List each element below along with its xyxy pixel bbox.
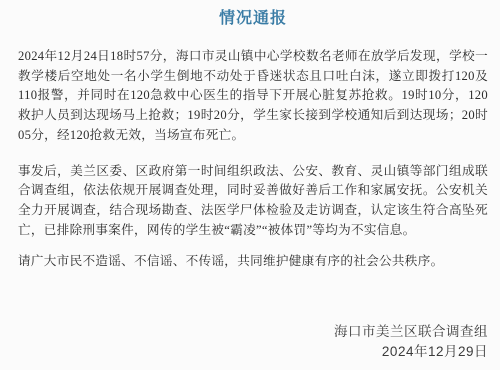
notice-paragraph-incident: 2024年12月24日18时57分，海口市灵山镇中心学校数名老师在放学后发现，学…	[18, 47, 488, 146]
signature-issuer: 海口市美兰区联合调查组	[18, 322, 488, 342]
notice-paragraph-appeal: 请广大市民不造谣、不信谣、不传谣，共同维护健康有序的社会公共秩序。	[18, 252, 488, 272]
notice-document: 情况通报 2024年12月24日18时57分，海口市灵山镇中心学校数名老师在放学…	[0, 0, 500, 370]
notice-title: 情况通报	[18, 0, 488, 28]
notice-paragraph-investigation: 事发后，美兰区委、区政府第一时间组织政法、公安、教育、灵山镇等部门组成联合调查组…	[18, 162, 488, 241]
signature-date: 2024年12月29日	[18, 342, 488, 362]
signature-block: 海口市美兰区联合调查组 2024年12月29日	[18, 322, 488, 361]
